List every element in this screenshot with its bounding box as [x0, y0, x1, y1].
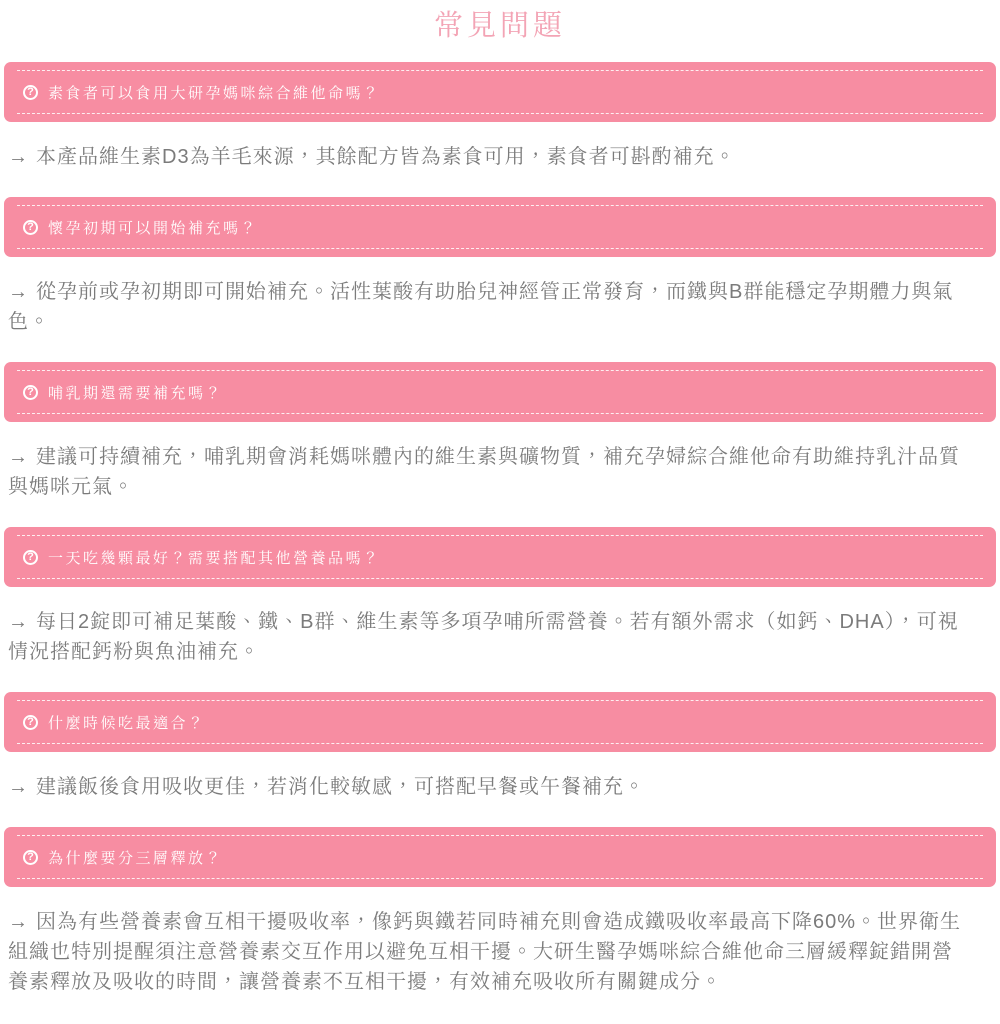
question-mark-icon: ? — [23, 220, 38, 235]
faq-question-bar: ? 什麼時候吃最適合？ — [4, 692, 996, 752]
arrow-icon: → — [8, 442, 29, 472]
question-mark-icon: ? — [23, 85, 38, 100]
faq-question-text: 什麼時候吃最適合？ — [48, 712, 206, 733]
faq-question-bar: ? 為什麼要分三層釋放？ — [4, 827, 996, 887]
faq-question-inner: ? 什麼時候吃最適合？ — [17, 700, 983, 744]
faq-answer-text: 因為有些營養素會互相干擾吸收率，像鈣與鐵若同時補充則會造成鐵吸收率最高下降60%… — [8, 911, 961, 993]
faq-item: ? 什麼時候吃最適合？ →建議飯後食用吸收更佳，若消化較敏感，可搭配早餐或午餐補… — [0, 692, 1000, 827]
faq-answer: →本產品維生素D3為羊毛來源，其餘配方皆為素食可用，素食者可斟酌補充。 — [0, 122, 1000, 197]
faq-item: ? 素食者可以食用大研孕媽咪綜合維他命嗎？ →本產品維生素D3為羊毛來源，其餘配… — [0, 62, 1000, 197]
faq-answer: →建議可持續補充，哺乳期會消耗媽咪體內的維生素與礦物質，補充孕婦綜合維他命有助維… — [0, 422, 1000, 527]
faq-question-text: 哺乳期還需要補充嗎？ — [48, 382, 223, 403]
faq-list: ? 素食者可以食用大研孕媽咪綜合維他命嗎？ →本產品維生素D3為羊毛來源，其餘配… — [0, 62, 1000, 1022]
faq-question-text: 為什麼要分三層釋放？ — [48, 847, 223, 868]
faq-answer-text: 本產品維生素D3為羊毛來源，其餘配方皆為素食可用，素食者可斟酌補充。 — [36, 146, 736, 168]
faq-item: ? 懷孕初期可以開始補充嗎？ →從孕前或孕初期即可開始補充。活性葉酸有助胎兒神經… — [0, 197, 1000, 362]
faq-item: ? 為什麼要分三層釋放？ →因為有些營養素會互相干擾吸收率，像鈣與鐵若同時補充則… — [0, 827, 1000, 1022]
faq-item: ? 哺乳期還需要補充嗎？ →建議可持續補充，哺乳期會消耗媽咪體內的維生素與礦物質… — [0, 362, 1000, 527]
page-title: 常見問題 — [0, 6, 1000, 46]
arrow-icon: → — [8, 772, 29, 802]
faq-question-inner: ? 一天吃幾顆最好？需要搭配其他營養品嗎？ — [17, 535, 983, 579]
faq-answer: →每日2錠即可補足葉酸、鐵、B群、維生素等多項孕哺所需營養。若有額外需求（如鈣、… — [0, 587, 1000, 692]
arrow-icon: → — [8, 607, 29, 637]
faq-answer: →從孕前或孕初期即可開始補充。活性葉酸有助胎兒神經管正常發育，而鐵與B群能穩定孕… — [0, 257, 1000, 362]
faq-answer-text: 建議可持續補充，哺乳期會消耗媽咪體內的維生素與礦物質，補充孕婦綜合維他命有助維持… — [8, 446, 960, 498]
faq-question-bar: ? 一天吃幾顆最好？需要搭配其他營養品嗎？ — [4, 527, 996, 587]
faq-question-inner: ? 為什麼要分三層釋放？ — [17, 835, 983, 879]
question-mark-icon: ? — [23, 550, 38, 565]
arrow-icon: → — [8, 277, 29, 307]
faq-answer-text: 每日2錠即可補足葉酸、鐵、B群、維生素等多項孕哺所需營養。若有額外需求（如鈣、D… — [8, 611, 959, 663]
question-mark-icon: ? — [23, 715, 38, 730]
arrow-icon: → — [8, 142, 29, 172]
faq-answer-text: 建議飯後食用吸收更佳，若消化較敏感，可搭配早餐或午餐補充。 — [36, 776, 645, 798]
faq-question-bar: ? 哺乳期還需要補充嗎？ — [4, 362, 996, 422]
faq-question-text: 一天吃幾顆最好？需要搭配其他營養品嗎？ — [48, 547, 381, 568]
faq-question-inner: ? 素食者可以食用大研孕媽咪綜合維他命嗎？ — [17, 70, 983, 114]
faq-question-inner: ? 懷孕初期可以開始補充嗎？ — [17, 205, 983, 249]
faq-question-text: 素食者可以食用大研孕媽咪綜合維他命嗎？ — [48, 82, 381, 103]
faq-question-bar: ? 素食者可以食用大研孕媽咪綜合維他命嗎？ — [4, 62, 996, 122]
question-mark-icon: ? — [23, 385, 38, 400]
faq-question-inner: ? 哺乳期還需要補充嗎？ — [17, 370, 983, 414]
faq-item: ? 一天吃幾顆最好？需要搭配其他營養品嗎？ →每日2錠即可補足葉酸、鐵、B群、維… — [0, 527, 1000, 692]
faq-answer: →建議飯後食用吸收更佳，若消化較敏感，可搭配早餐或午餐補充。 — [0, 752, 1000, 827]
arrow-icon: → — [8, 907, 29, 937]
faq-question-bar: ? 懷孕初期可以開始補充嗎？ — [4, 197, 996, 257]
faq-answer: →因為有些營養素會互相干擾吸收率，像鈣與鐵若同時補充則會造成鐵吸收率最高下降60… — [0, 887, 1000, 1022]
faq-page: 常見問題 ? 素食者可以食用大研孕媽咪綜合維他命嗎？ →本產品維生素D3為羊毛來… — [0, 0, 1000, 1022]
faq-question-text: 懷孕初期可以開始補充嗎？ — [48, 217, 258, 238]
faq-answer-text: 從孕前或孕初期即可開始補充。活性葉酸有助胎兒神經管正常發育，而鐵與B群能穩定孕期… — [8, 281, 953, 333]
question-mark-icon: ? — [23, 850, 38, 865]
